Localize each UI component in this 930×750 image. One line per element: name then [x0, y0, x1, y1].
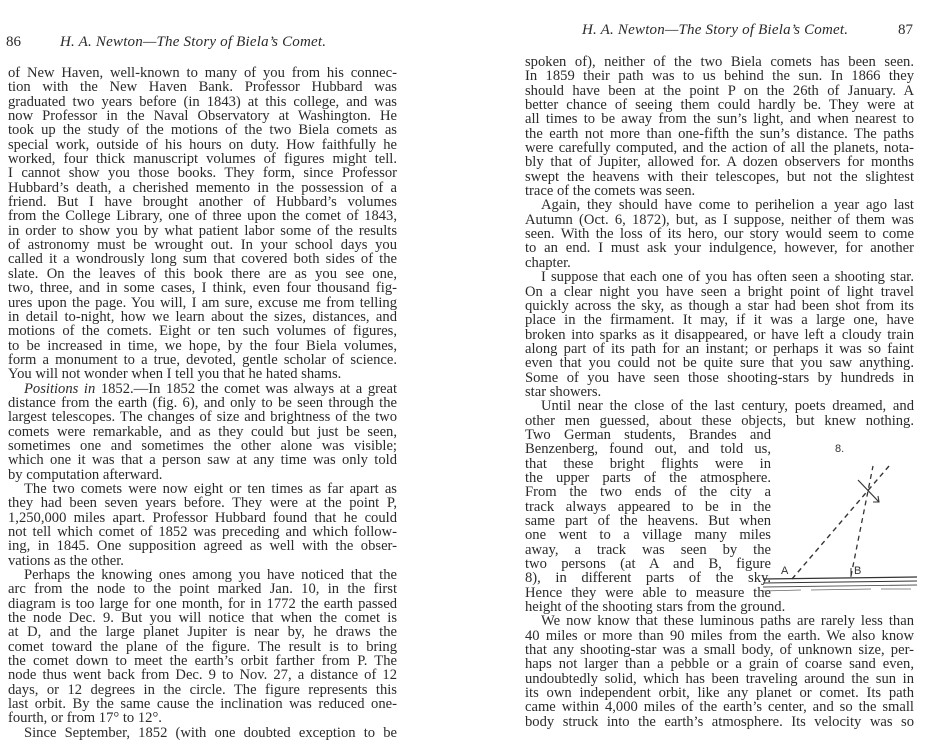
text-line: friend. But I have brought another of Hu…: [8, 195, 397, 209]
text-line: sometimes one and sometimes the other al…: [8, 439, 397, 453]
text-line: should have been at the point P on the 2…: [525, 84, 914, 98]
ground-line: [763, 577, 917, 579]
text-line: by computation afterward.: [8, 468, 397, 482]
point-b-label: B: [854, 565, 861, 577]
text-line: its own independent orbit, like any plan…: [525, 686, 914, 700]
text-line: You will not wonder when I tell you that…: [8, 367, 397, 381]
ground-line: [763, 581, 917, 583]
text-line: the earth not more than one-fifth the su…: [525, 127, 914, 141]
text-line: one went to a village many miles: [525, 528, 771, 542]
text-line: seen. With the loss of its hero, our sto…: [525, 227, 914, 241]
page-number: 86: [6, 34, 21, 51]
ground-line: [763, 590, 801, 591]
text-line: swept the heavens with their telescopes,…: [525, 170, 914, 184]
text-line: body struck into the earth’s atmosphere.…: [525, 715, 914, 729]
text-line: vations as the other.: [8, 554, 397, 568]
text-line: two, three, and in some cases, I think, …: [8, 281, 397, 295]
text-line: comet toward the plane of the figure. Th…: [8, 640, 397, 654]
text-line: undoubtedly solid, which has been travel…: [525, 672, 914, 686]
text-line: star showers.: [525, 385, 914, 399]
body-text: height of the shooting stars from the gr…: [525, 600, 914, 729]
left-page: 86 H. A. Newton—The Story of Biela’s Com…: [0, 0, 465, 750]
text-line: ing, in 1845. One supposition agreed as …: [8, 539, 397, 553]
text-run: 1852.—In 1852 the comet was always at a …: [95, 382, 397, 396]
text-line: haps not larger than a pebble or a grain…: [525, 657, 914, 671]
text-line: tion with the New Haven Bank. Professor …: [8, 80, 397, 94]
text-line: comets were remarkable, and as they coul…: [8, 425, 397, 439]
text-line: Autumn (Oct. 6, 1872), but, as I suppose…: [525, 213, 914, 227]
running-head: H. A. Newton—The Story of Biela’s Comet.: [582, 22, 848, 39]
text-line: Since September, 1852 (with one doubted …: [8, 726, 397, 740]
italic-heading: Positions in: [24, 382, 95, 396]
text-line: spoken of), neither of the two Biela com…: [525, 55, 914, 69]
body-text-beside-figure: Two German students, Brandes andBenzenbe…: [525, 428, 771, 600]
text-line: largest telescopes. The changes of size …: [8, 410, 397, 424]
text-line: that these bright flights were in: [525, 457, 771, 471]
body-text: of New Haven, well-known to many of you …: [8, 66, 397, 740]
text-line: Benzenberg, found out, and told us,: [525, 442, 771, 456]
text-line: of New Haven, well-known to many of you …: [8, 66, 397, 80]
text-line: to be increased in time, we hope, by the…: [8, 339, 397, 353]
text-line: they had been seven years before. They w…: [8, 496, 397, 510]
text-line: node thus went back from Dec. 9 to Nov. …: [8, 668, 397, 682]
text-line: quickly across the sky, as though a star…: [525, 299, 914, 313]
text-line: I suppose that each one of you has often…: [525, 270, 914, 284]
text-line: distance from the earth (fig. 6), and on…: [8, 396, 397, 410]
text-line: From the two ends of the city a: [525, 485, 771, 499]
sight-line-b: [851, 466, 873, 576]
text-line: ures upon the page. You will, I am sure,…: [8, 296, 397, 310]
text-line: Some of you have seen those shooting-sta…: [525, 371, 914, 385]
text-line: diagram is too large for one month, for …: [8, 597, 397, 611]
running-head: H. A. Newton—The Story of Biela’s Comet.: [60, 34, 326, 51]
text-line: the upper parts of the atmosphere.: [525, 471, 771, 485]
text-line: other men guessed, about these objects, …: [525, 414, 914, 428]
text-line: track always appeared to be in the: [525, 500, 771, 514]
ground-line: [763, 585, 917, 587]
text-line: at D, and the large planet Jupiter is ne…: [8, 625, 397, 639]
text-line: came within 4,000 miles of the earth’s c…: [525, 700, 914, 714]
text-line: Again, they should have come to periheli…: [525, 198, 914, 212]
text-line: form a monument to a true, devoted, gent…: [8, 353, 397, 367]
text-line: even that you could not be quite sure th…: [525, 356, 914, 370]
text-line: to an end. I must ask your indulgence, h…: [525, 241, 914, 255]
text-line: called it a wondrously long sum that cov…: [8, 252, 397, 266]
meteor-track: [858, 480, 879, 502]
right-page: H. A. Newton—The Story of Biela’s Comet.…: [465, 0, 930, 750]
text-line: arc from the node to the point marked Ja…: [8, 582, 397, 596]
text-line: On a clear night you have seen a bright …: [525, 285, 914, 299]
text-line: that any shooting-star was a small body,…: [525, 643, 914, 657]
text-line: were carefully computed, and the action …: [525, 141, 914, 155]
text-line: broken into sparks as it disappeared, or…: [525, 328, 914, 342]
figure-8-shooting-star-diagram: 8. A B: [761, 436, 930, 596]
text-line: Two German students, Brandes and: [525, 428, 771, 442]
text-line: trace of the comets was seen.: [525, 184, 914, 198]
text-line: slate. On the leaves of this book there …: [8, 267, 397, 281]
text-line: better chance of seeing them could hardl…: [525, 98, 914, 112]
text-line: Perhaps the knowing ones among you have …: [8, 568, 397, 582]
text-line: The two comets were now eight or ten tim…: [8, 482, 397, 496]
text-line: We now know that these luminous paths ar…: [525, 614, 914, 628]
text-line: away, a track was seen by the: [525, 543, 771, 557]
text-line: not tell which comet of 1852 was precedi…: [8, 525, 397, 539]
text-line: special work, outside of his hours on du…: [8, 138, 397, 152]
text-line: Hubbard’s death, a cherished memento in …: [8, 181, 397, 195]
ground-line: [811, 589, 871, 590]
text-line: place in the firmament. It may, if it wa…: [525, 313, 914, 327]
text-line: in order to show you by what patient lab…: [8, 224, 397, 238]
text-line: chapter.: [525, 256, 914, 270]
sight-line-a: [792, 466, 889, 579]
text-line: I cannot show you those books. They form…: [8, 166, 397, 180]
text-line: days, or 12 degrees in the circle. The f…: [8, 683, 397, 697]
text-line: 8), in different parts of the sky.: [525, 571, 771, 585]
text-line: Until near the close of the last century…: [525, 399, 914, 413]
page-number: 87: [898, 22, 913, 39]
text-line: two persons (at A and B, figure: [525, 557, 771, 571]
body-text: spoken of), neither of the two Biela com…: [525, 55, 914, 428]
text-line: 40 miles or more than 90 miles from the …: [525, 629, 914, 643]
text-line: the node Dec. 9. But you will notice tha…: [8, 611, 397, 625]
text-line: motions of the comets. Eight or ten such…: [8, 324, 397, 338]
text-line: the comet down to meet the earth’s orbit…: [8, 654, 397, 668]
text-line: fourth, or from 17° to 12°.: [8, 711, 397, 725]
text-line: all times to be away from the sun’s ligh…: [525, 112, 914, 126]
text-line: which one it was that a person saw at an…: [8, 453, 397, 467]
text-line: same part of the heavens. But when: [525, 514, 771, 528]
text-line: Positions in 1852.—In 1852 the comet was…: [8, 382, 397, 396]
text-line: in detail to-night, how we learn about t…: [8, 310, 397, 324]
text-line: graduated two years before (in 1843) at …: [8, 95, 397, 109]
text-line: height of the shooting stars from the gr…: [525, 600, 914, 614]
text-line: 1,250,000 miles apart. Professor Hubbard…: [8, 511, 397, 525]
text-line: bly that of Jupiter, allowed for. A doze…: [525, 155, 914, 169]
figure-number: 8.: [835, 443, 844, 455]
text-line: Hence they were able to measure the: [525, 586, 771, 600]
text-line: from the College Library, one of three u…: [8, 209, 397, 223]
text-line: worked, four thick manuscript volumes of…: [8, 152, 397, 166]
text-line: In 1859 their path was to us behind the …: [525, 69, 914, 83]
text-line: of astronomy must be wrought out. In you…: [8, 238, 397, 252]
text-line: along part of its path for an instant; o…: [525, 342, 914, 356]
text-line: took up the study of the motions of the …: [8, 123, 397, 137]
text-line: now Professor in the Naval Observatory a…: [8, 109, 397, 123]
text-line: last orbit. By the same cause the inclin…: [8, 697, 397, 711]
point-a-label: A: [781, 565, 789, 577]
